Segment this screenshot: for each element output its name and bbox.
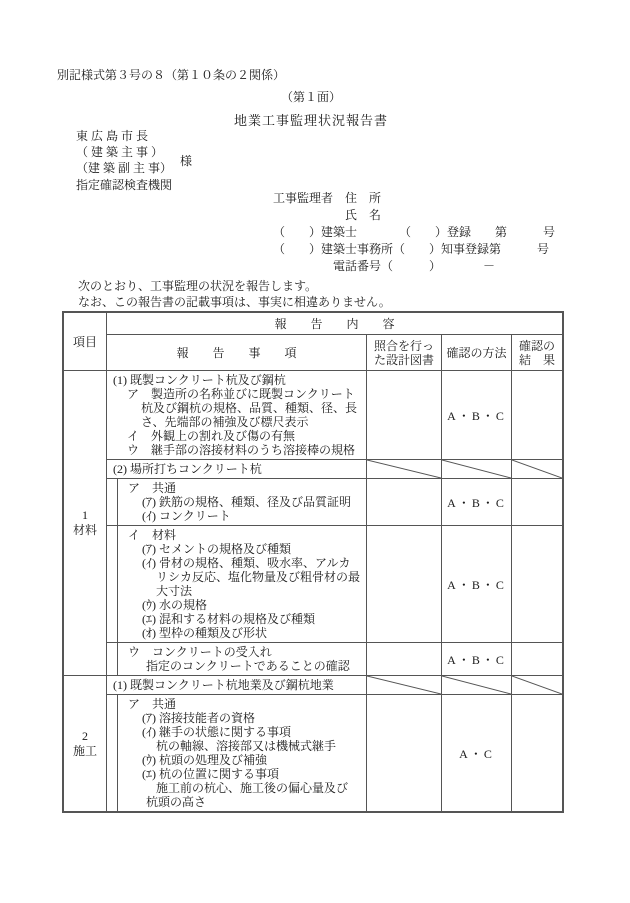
s1-b2-title: (2) 場所打ちコンクリート杭 bbox=[107, 462, 364, 476]
s2-group1-report-items: ア 共通 (ｱ) 溶接技能者の資格 (ｲ) 継手の状態に関する事項 杭の軸線、溶… bbox=[107, 695, 367, 811]
s1-g1-line2: (ｱ) 鉄筋の規格、種類、径及び品質証明 bbox=[118, 495, 364, 509]
document-page: 別記様式第３号の８（第１０条の２関係） （第１面） 地業工事監理状況報告書 東 … bbox=[0, 0, 630, 903]
s2-g1-line6: (ｴ) 杭の位置に関する事項 bbox=[118, 767, 364, 781]
section2-name: 施工 bbox=[73, 744, 97, 759]
page-face-label: （第１面） bbox=[62, 88, 560, 105]
s1-g2-line7: (ｴ) 混和する材料の規格及び種類 bbox=[118, 612, 364, 626]
s2-b1-result-cell bbox=[512, 676, 562, 695]
s2-g1-line4: 杭の軸線、溶接部又は機械式継手 bbox=[118, 739, 364, 753]
s2-g1-line3: (ｲ) 継手の状態に関する事項 bbox=[118, 725, 364, 739]
s2-g1-line8: 杭頭の高さ bbox=[118, 795, 364, 809]
addressee-deputy-building-official: （建 築 副 主 事） bbox=[76, 160, 172, 176]
s1-g2-line1: イ 材料 bbox=[118, 528, 364, 542]
s1-g3-line2: 指定のコンクリートであることの確認 bbox=[118, 659, 364, 673]
intro-line-1: 次のとおり、工事監理の状況を報告します。 bbox=[78, 278, 391, 294]
s1-b1-design-docs-cell bbox=[367, 371, 442, 460]
supervisor-block: 工事監理者 住 所 氏 名 （ ）建築士 （ ）登録 第 号 （ ）建築士事務所… bbox=[273, 190, 555, 275]
supervisor-phone-line: 電話番号（ ） － bbox=[273, 258, 555, 275]
s1-g2-line6: (ｳ) 水の規格 bbox=[118, 598, 364, 612]
section1-name: 材料 bbox=[73, 523, 97, 538]
diagonal-strike-line bbox=[512, 676, 562, 694]
s1-b1-line5: イ 外観上の割れ及び傷の有無 bbox=[107, 429, 364, 443]
s2-group1-inner-box: ア 共通 (ｱ) 溶接技能者の資格 (ｲ) 継手の状態に関する事項 杭の軸線、溶… bbox=[117, 695, 366, 811]
supervisor-address-line: 工事監理者 住 所 bbox=[273, 190, 555, 207]
s2-g1-method-cell: A・C bbox=[442, 695, 512, 811]
diagonal-strike-line bbox=[367, 460, 441, 478]
s1-b1-method-cell: A・B・C bbox=[442, 371, 512, 460]
s1-g1-result-cell bbox=[512, 479, 562, 526]
s1-group1-inner-box: ア 共通 (ｱ) 鉄筋の規格、種類、径及び品質証明 (ｲ) コンクリート bbox=[117, 479, 366, 525]
s2-block1-heading: (1) 既製コンクリート杭地業及び鋼杭地業 bbox=[107, 676, 367, 695]
form-number: 別記様式第３号の８（第１０条の２関係） bbox=[57, 66, 285, 83]
honorific-sama: 様 bbox=[180, 152, 192, 169]
addressee-building-official: （ 建 築 主 事 ） bbox=[76, 144, 172, 160]
s1-b1-line2: ア 製造所の名称並びに既製コンクリート bbox=[107, 387, 364, 401]
s2-g1-line7: 施工前の杭心、施工後の偏心量及び bbox=[118, 781, 364, 795]
s1-group1-report-items: ア 共通 (ｱ) 鉄筋の規格、種類、径及び品質証明 (ｲ) コンクリート bbox=[107, 479, 367, 526]
s1-g3-line1: ウ コンクリートの受入れ bbox=[118, 645, 364, 659]
section1-number: 1 bbox=[82, 508, 88, 523]
s1-g1-line1: ア 共通 bbox=[118, 481, 364, 495]
s1-g2-result-cell bbox=[512, 526, 562, 643]
header-confirmation-result: 確認の 結 果 bbox=[512, 335, 562, 371]
s2-g1-line2: (ｱ) 溶接技能者の資格 bbox=[118, 711, 364, 725]
report-table: 項目 報 告 内 容 報 告 事 項 照合を行っ た設計図書 確認の方法 確認の… bbox=[62, 311, 564, 813]
section2-item-label: 2 施工 bbox=[64, 676, 107, 811]
s1-b1-line6: ウ 継手部の溶接材料のうち溶接棒の規格 bbox=[107, 443, 364, 457]
header-confirmation-method: 確認の方法 bbox=[442, 335, 512, 371]
section2-number: 2 bbox=[82, 729, 88, 744]
s1-g2-line5: 大寸法 bbox=[118, 584, 364, 598]
addressee-block: 東 広 島 市 長 （ 建 築 主 事 ） （建 築 副 主 事） 指定確認検査… bbox=[76, 128, 192, 193]
addressee-lines: 東 広 島 市 長 （ 建 築 主 事 ） （建 築 副 主 事） 指定確認検査… bbox=[76, 128, 172, 193]
header-item-column: 項目 bbox=[64, 313, 107, 371]
diagonal-strike-line bbox=[442, 460, 511, 478]
s1-b1-result-cell bbox=[512, 371, 562, 460]
diagonal-strike-line bbox=[442, 676, 511, 694]
s1-g2-design-docs-cell bbox=[367, 526, 442, 643]
s1-g1-method-cell: A・B・C bbox=[442, 479, 512, 526]
intro-paragraph: 次のとおり、工事監理の状況を報告します。 なお、この報告書の記載事項は、事実に相… bbox=[78, 278, 391, 310]
s1-group3-report-items: ウ コンクリートの受入れ 指定のコンクリートであることの確認 bbox=[107, 643, 367, 676]
s2-b1-method-cell bbox=[442, 676, 512, 695]
s1-b1-line1: (1) 既製コンクリート杭及び鋼杭 bbox=[107, 373, 364, 387]
s1-g3-design-docs-cell bbox=[367, 643, 442, 676]
s1-g2-line2: (ｱ) セメントの規格及び種類 bbox=[118, 542, 364, 556]
s1-g1-line3: (ｲ) コンクリート bbox=[118, 509, 364, 523]
document-title: 地業工事監理状況報告書 bbox=[62, 110, 560, 129]
addressee-inspection-body: 指定確認検査機関 bbox=[76, 177, 172, 193]
s2-g1-line1: ア 共通 bbox=[118, 697, 364, 711]
supervisor-architect-line: （ ）建築士 （ ）登録 第 号 bbox=[273, 224, 555, 241]
s1-g2-line8: (ｵ) 型枠の種類及び形状 bbox=[118, 626, 364, 640]
s1-g3-result-cell bbox=[512, 643, 562, 676]
s1-group3-inner-box: ウ コンクリートの受入れ 指定のコンクリートであることの確認 bbox=[117, 643, 366, 675]
supervisor-office-line: （ ）建築士事務所（ ）知事登録第 号 bbox=[273, 241, 555, 258]
supervisor-name-line: 氏 名 bbox=[273, 207, 555, 224]
s1-b1-line3: 杭及び鋼杭の規格、品質、種類、径、長 bbox=[107, 401, 364, 415]
header-report-content: 報 告 内 容 bbox=[107, 313, 562, 335]
s2-b1-title: (1) 既製コンクリート杭地業及び鋼杭地業 bbox=[107, 678, 364, 692]
header-design-documents: 照合を行っ た設計図書 bbox=[367, 335, 442, 371]
s1-b2-method-cell bbox=[442, 460, 512, 479]
s1-block2-heading: (2) 場所打ちコンクリート杭 bbox=[107, 460, 367, 479]
s2-g1-design-docs-cell bbox=[367, 695, 442, 811]
section1-item-label: 1 材料 bbox=[64, 371, 107, 676]
s2-g1-line5: (ｳ) 杭頭の処理及び補強 bbox=[118, 753, 364, 767]
s2-b1-design-docs-cell bbox=[367, 676, 442, 695]
s1-g3-method-cell: A・B・C bbox=[442, 643, 512, 676]
s1-group2-inner-box: イ 材料 (ｱ) セメントの規格及び種類 (ｲ) 骨材の規格、種類、吸水率、アル… bbox=[117, 526, 366, 642]
s1-block1-report-items: (1) 既製コンクリート杭及び鋼杭 ア 製造所の名称並びに既製コンクリート 杭及… bbox=[107, 371, 367, 460]
s1-b1-line4: さ、先端部の補強及び標尺表示 bbox=[107, 415, 364, 429]
intro-line-2: なお、この報告書の記載事項は、事実に相違ありません。 bbox=[78, 294, 391, 310]
addressee-mayor: 東 広 島 市 長 bbox=[76, 128, 172, 144]
s1-g2-method-cell: A・B・C bbox=[442, 526, 512, 643]
header-report-items: 報 告 事 項 bbox=[107, 335, 367, 371]
s1-g2-line3: (ｲ) 骨材の規格、種類、吸水率、アルカ bbox=[118, 556, 364, 570]
s1-g2-line4: リシカ反応、塩化物量及び粗骨材の最 bbox=[118, 570, 364, 584]
s1-b2-design-docs-cell bbox=[367, 460, 442, 479]
s1-g1-design-docs-cell bbox=[367, 479, 442, 526]
diagonal-strike-line bbox=[367, 676, 441, 694]
s1-b2-result-cell bbox=[512, 460, 562, 479]
s1-group2-report-items: イ 材料 (ｱ) セメントの規格及び種類 (ｲ) 骨材の規格、種類、吸水率、アル… bbox=[107, 526, 367, 643]
diagonal-strike-line bbox=[512, 460, 562, 478]
s2-g1-result-cell bbox=[512, 695, 562, 811]
